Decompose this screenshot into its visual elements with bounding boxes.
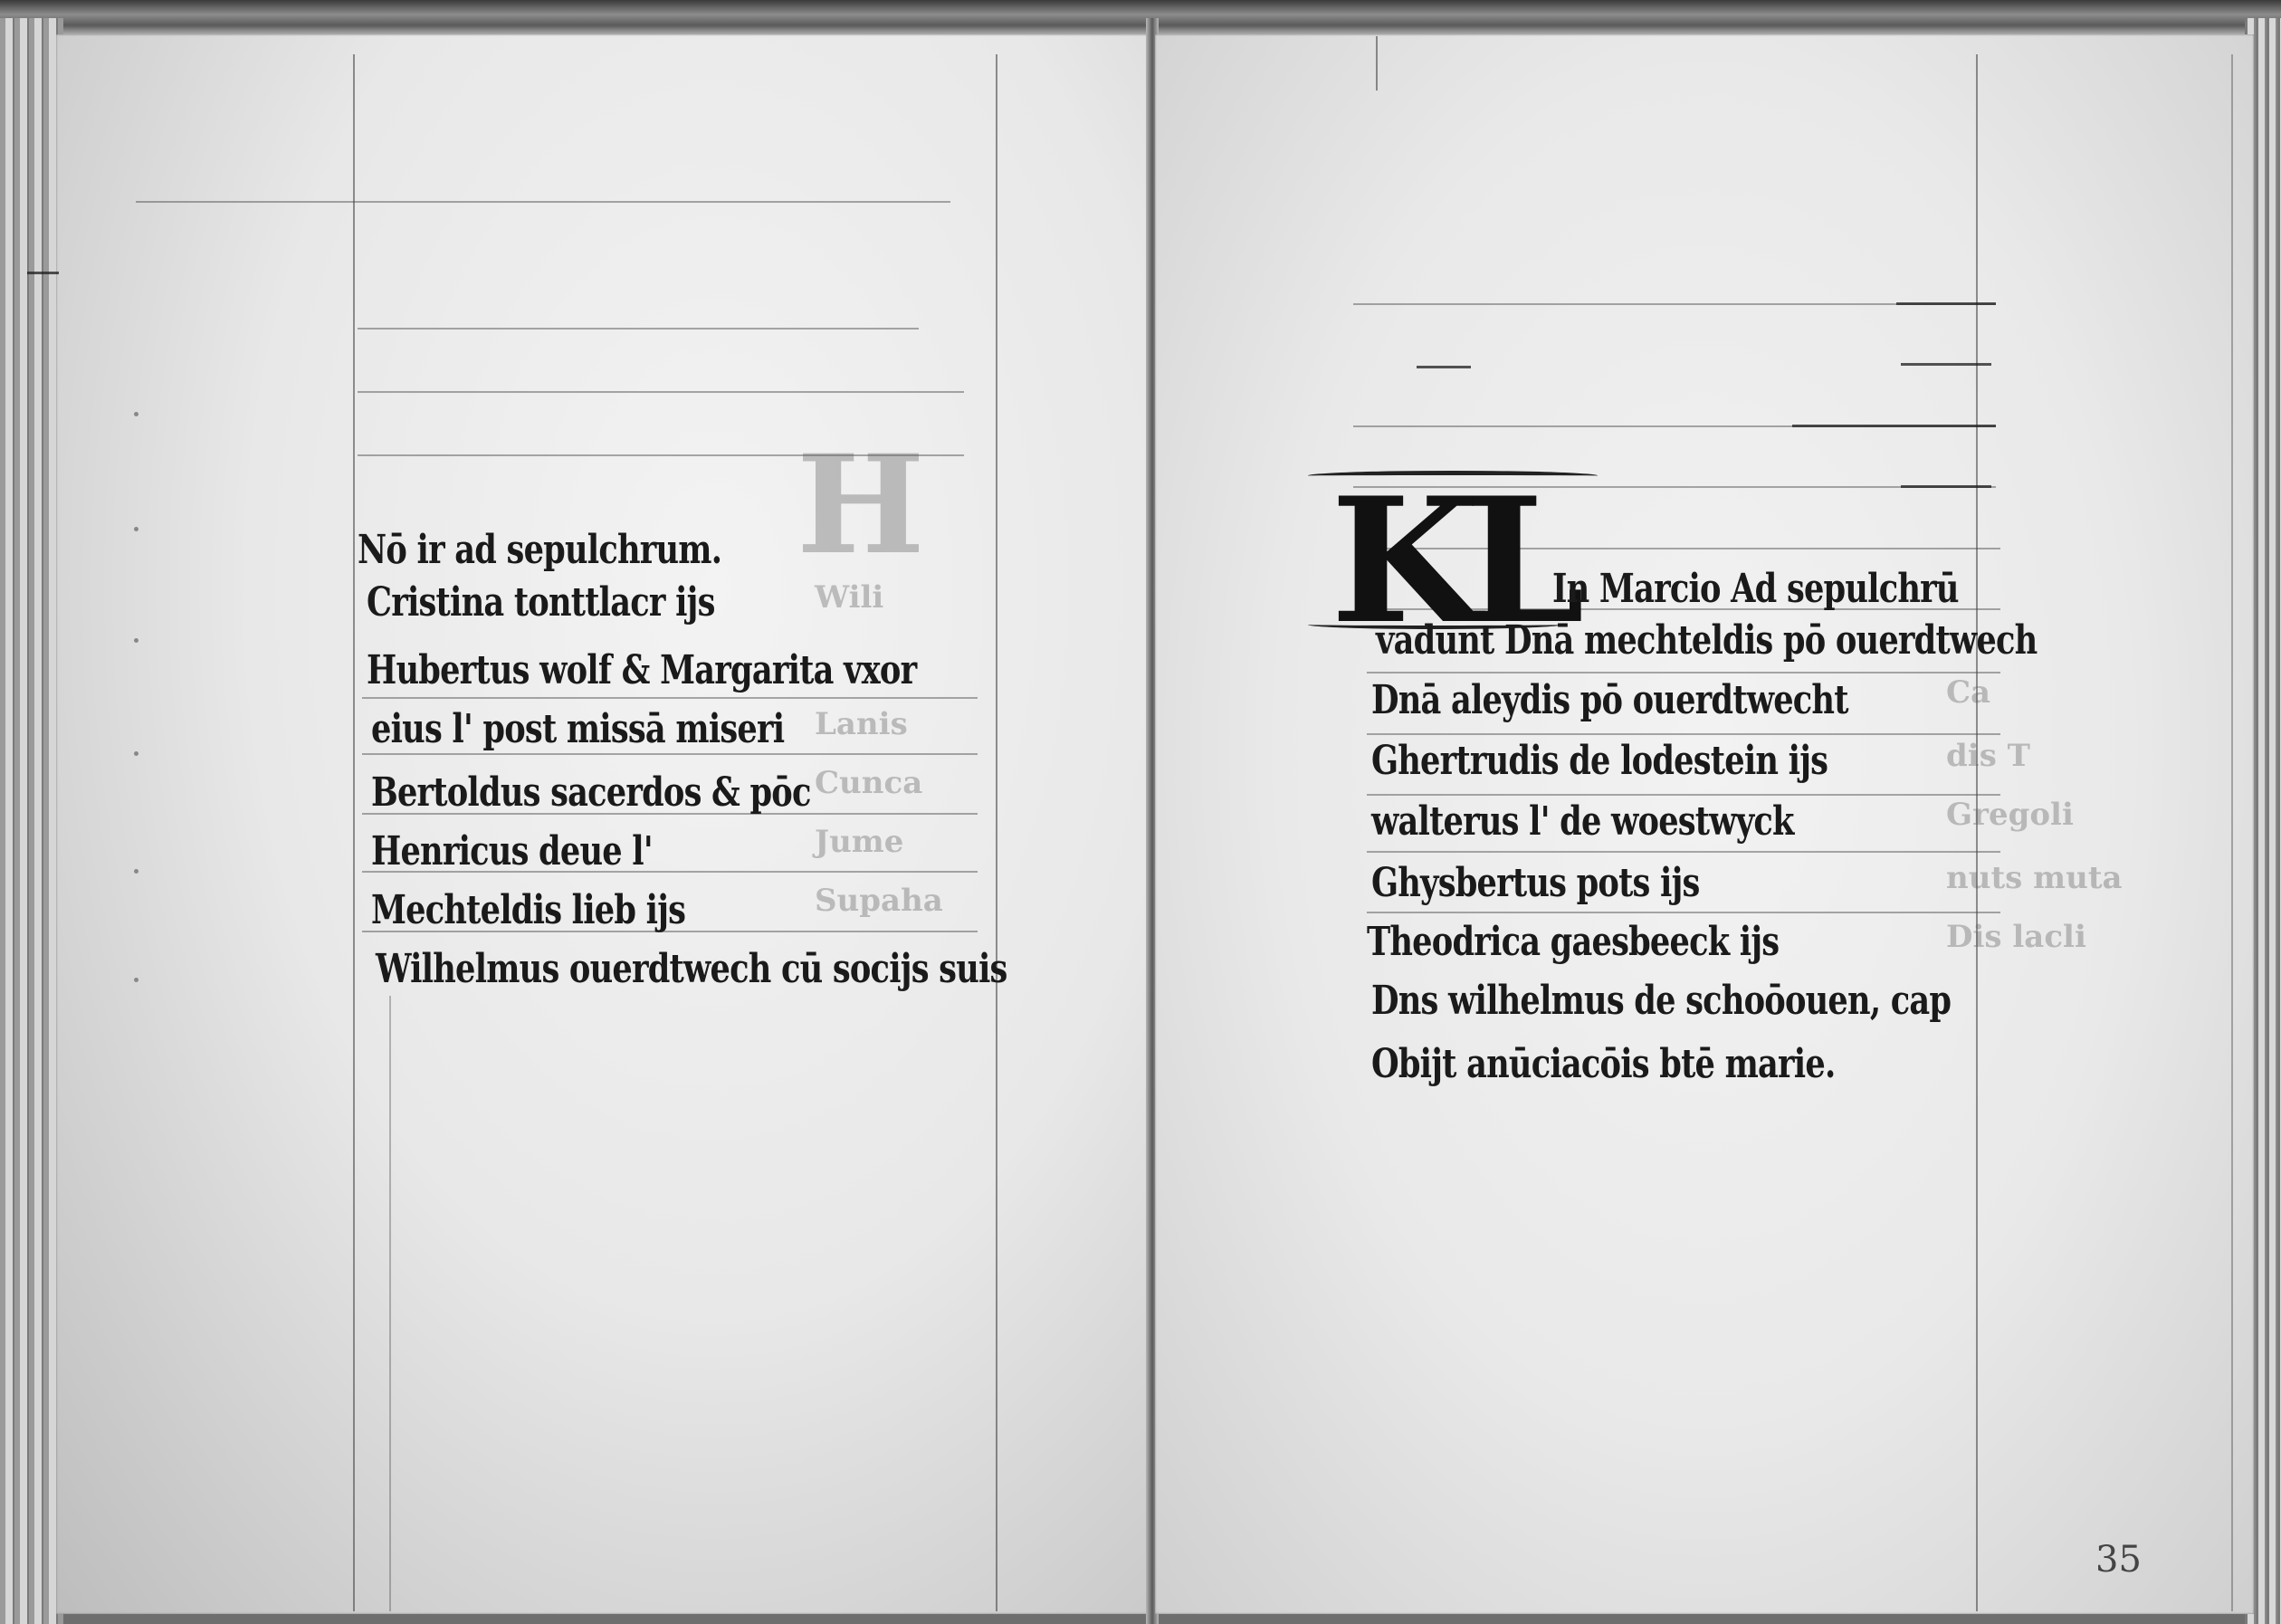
bleed-through-text: Wili	[815, 579, 883, 616]
manuscript-line: walterus l' de woestwyck	[1371, 798, 1794, 845]
right-margin-rule	[1976, 54, 1978, 1611]
ruling-line	[1367, 733, 2000, 735]
ruling-line	[358, 328, 919, 330]
manuscript-line: Bertoldus sacerdos & pōc	[371, 769, 811, 816]
manuscript-line: vadunt Dnā mechteldis pō ouerdtwech	[1376, 617, 2037, 664]
left-page-stack-edge	[0, 18, 63, 1624]
ruling-tick	[1901, 363, 1991, 366]
ruling-tick	[27, 272, 59, 274]
ruling-line	[358, 391, 964, 393]
ruling-tick	[1417, 366, 1471, 368]
bleed-through-text: nuts muta	[1946, 860, 2123, 896]
ruling-tick	[1792, 425, 1996, 427]
manuscript-line: In Marcio Ad sepulchrū	[1552, 566, 1959, 612]
left-margin-rule	[353, 54, 355, 1611]
left-page	[56, 34, 1153, 1614]
lower-margin-rule	[389, 996, 391, 1611]
bleed-through-text: Ca	[1946, 674, 1990, 711]
ruling-tick	[1901, 485, 1991, 488]
bleed-through-text: Lanis	[815, 706, 908, 742]
manuscript-line: Dns wilhelmus de schoōouen, cap	[1371, 978, 1951, 1024]
manuscript-line: Cristina tonttlacr ijs	[367, 579, 715, 626]
book-binding-top-edge	[0, 0, 2281, 36]
ruling-tick	[1896, 302, 1996, 305]
ruling-line	[1367, 672, 2000, 673]
bleed-through-text: Dis lacli	[1946, 919, 2086, 955]
manuscript-line: Wilhelmus ouerdtwech cū socijs suis	[376, 946, 1007, 992]
bleed-through-text: Cunca	[815, 765, 922, 801]
pricking-mark	[134, 978, 138, 982]
manuscript-line: Dnā aleydis pō ouerdtwecht	[1371, 677, 1848, 723]
pricking-mark	[134, 638, 138, 643]
ruling-line	[1367, 794, 2000, 796]
manuscript-line: Theodrica gaesbeeck ijs	[1367, 919, 1779, 965]
manuscript-line: Henricus deue l'	[371, 828, 653, 874]
bleed-through-text: Gregoli	[1946, 797, 2074, 833]
ruling-line	[362, 753, 978, 755]
pricking-mark	[134, 412, 138, 416]
right-margin-rule	[996, 54, 997, 1611]
manuscript-line: Nō ir ad sepulchrum.	[358, 527, 721, 573]
manuscript-line: eius l' post missā miseri	[371, 706, 784, 752]
manuscript-line: Obijt anūciacōis btē marie.	[1371, 1041, 1835, 1087]
ruling-line	[1367, 912, 2000, 913]
pricking-mark	[134, 527, 138, 531]
outer-margin-rule	[2231, 54, 2233, 1611]
ruling-line	[136, 201, 950, 203]
ruling-line	[1367, 851, 2000, 853]
bleed-through-text: Jume	[815, 824, 903, 860]
bleed-through-text: Supaha	[815, 883, 943, 919]
ruling-line	[362, 697, 978, 699]
bleed-through-initial: H	[797, 425, 925, 585]
pricking-mark	[134, 869, 138, 874]
pricking-mark	[134, 751, 138, 756]
top-tick-rule	[1376, 36, 1378, 91]
manuscript-line: Ghysbertus pots ijs	[1371, 860, 1700, 906]
folio-number: 35	[2095, 1539, 2142, 1581]
manuscript-line: Ghertrudis de lodestein ijs	[1371, 738, 1828, 784]
manuscript-line: Hubertus wolf & Margarita vxor	[367, 647, 916, 693]
manuscript-line: Mechteldis lieb ijs	[371, 887, 685, 933]
bleed-through-text: dis T	[1946, 738, 2030, 774]
